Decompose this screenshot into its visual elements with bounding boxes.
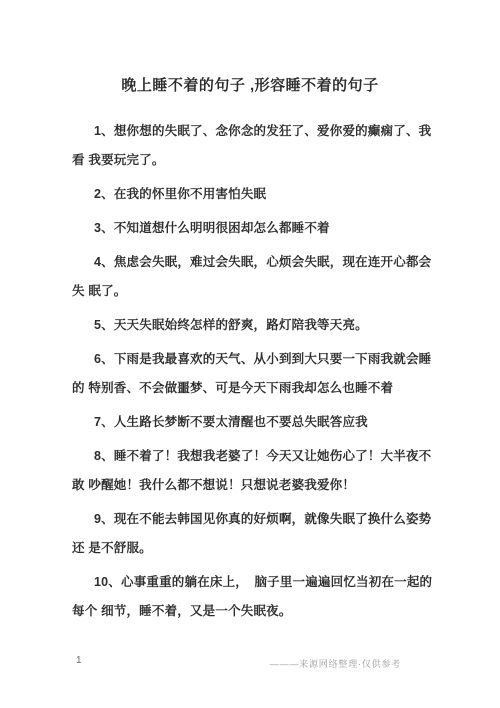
page-footer: 1 ———来源网络整理·仅供参考 <box>0 655 500 671</box>
paragraph-6: 6、下雨是我最喜欢的天气、从小到到大只要一下雨我就会睡 的 特别香、不会做噩梦、… <box>72 345 422 403</box>
paragraph-line: 的 特别香、不会做噩梦、可是今天下雨我却怎么也睡不着 <box>72 374 422 403</box>
paragraph-line: 看 我要玩完了。 <box>72 146 422 175</box>
source-note: ———来源网络整理·仅供参考 <box>270 657 401 670</box>
paragraph-10: 10、心事重重的躺在床上， 脑子里一遍遍回忆当初在一起的 每个 细节，睡不着，又… <box>72 568 422 626</box>
paragraph-line: 4、焦虑会失眠，难过会失眠，心烦会失眠，现在连开心都会 <box>72 248 422 277</box>
paragraph-9: 9、现在不能去韩国见你真的好烦啊，就像失眠了换什么姿势 还 是不舒服。 <box>72 505 422 563</box>
paragraph-line: 5、天天失眠始终怎样的舒爽，路灯陪我等天亮。 <box>72 311 422 340</box>
paragraph-line: 3、不知道想什么明明很困却怎么都睡不着 <box>72 214 422 243</box>
paragraph-4: 4、焦虑会失眠，难过会失眠，心烦会失眠，现在连开心都会 失 眠了。 <box>72 248 422 306</box>
page-number: 1 <box>76 655 82 666</box>
paragraph-line: 6、下雨是我最喜欢的天气、从小到到大只要一下雨我就会睡 <box>72 345 422 374</box>
paragraph-8: 8、睡不着了！我想我老婆了！今天又让她伤心了！大半夜不 敢 吵醒她！我什么都不想… <box>72 442 422 500</box>
paragraph-line: 失 眠了。 <box>72 277 422 306</box>
paragraph-3: 3、不知道想什么明明很困却怎么都睡不着 <box>72 214 422 243</box>
document-title: 晚上睡不着的句子 ,形容睡不着的句子 <box>0 0 500 98</box>
paragraph-line: 敢 吵醒她！我什么都不想说！只想说老婆我爱你！ <box>72 471 422 500</box>
paragraph-7: 7、人生路长梦断不要太清醒也不要总失眠答应我 <box>72 408 422 437</box>
paragraph-5: 5、天天失眠始终怎样的舒爽，路灯陪我等天亮。 <box>72 311 422 340</box>
paragraph-line: 1、想你想的失眠了、念你念的发狂了、爱你爱的癫痫了、我 <box>72 117 422 146</box>
paragraph-line: 10、心事重重的躺在床上， 脑子里一遍遍回忆当初在一起的 <box>72 568 422 597</box>
paragraph-line: 还 是不舒服。 <box>72 534 422 563</box>
paragraph-1: 1、想你想的失眠了、念你念的发狂了、爱你爱的癫痫了、我 看 我要玩完了。 <box>72 117 422 175</box>
paragraph-line: 9、现在不能去韩国见你真的好烦啊，就像失眠了换什么姿势 <box>72 505 422 534</box>
paragraph-line: 2、在我的怀里你不用害怕失眠 <box>72 180 422 209</box>
paragraph-line: 每个 细节，睡不着，又是一个失眠夜。 <box>72 597 422 626</box>
document-page: 晚上睡不着的句子 ,形容睡不着的句子 1、想你想的失眠了、念你念的发狂了、爱你爱… <box>0 0 500 708</box>
paragraph-line: 7、人生路长梦断不要太清醒也不要总失眠答应我 <box>72 408 422 437</box>
document-body: 1、想你想的失眠了、念你念的发狂了、爱你爱的癫痫了、我 看 我要玩完了。 2、在… <box>72 117 422 631</box>
paragraph-line: 8、睡不着了！我想我老婆了！今天又让她伤心了！大半夜不 <box>72 442 422 471</box>
paragraph-2: 2、在我的怀里你不用害怕失眠 <box>72 180 422 209</box>
